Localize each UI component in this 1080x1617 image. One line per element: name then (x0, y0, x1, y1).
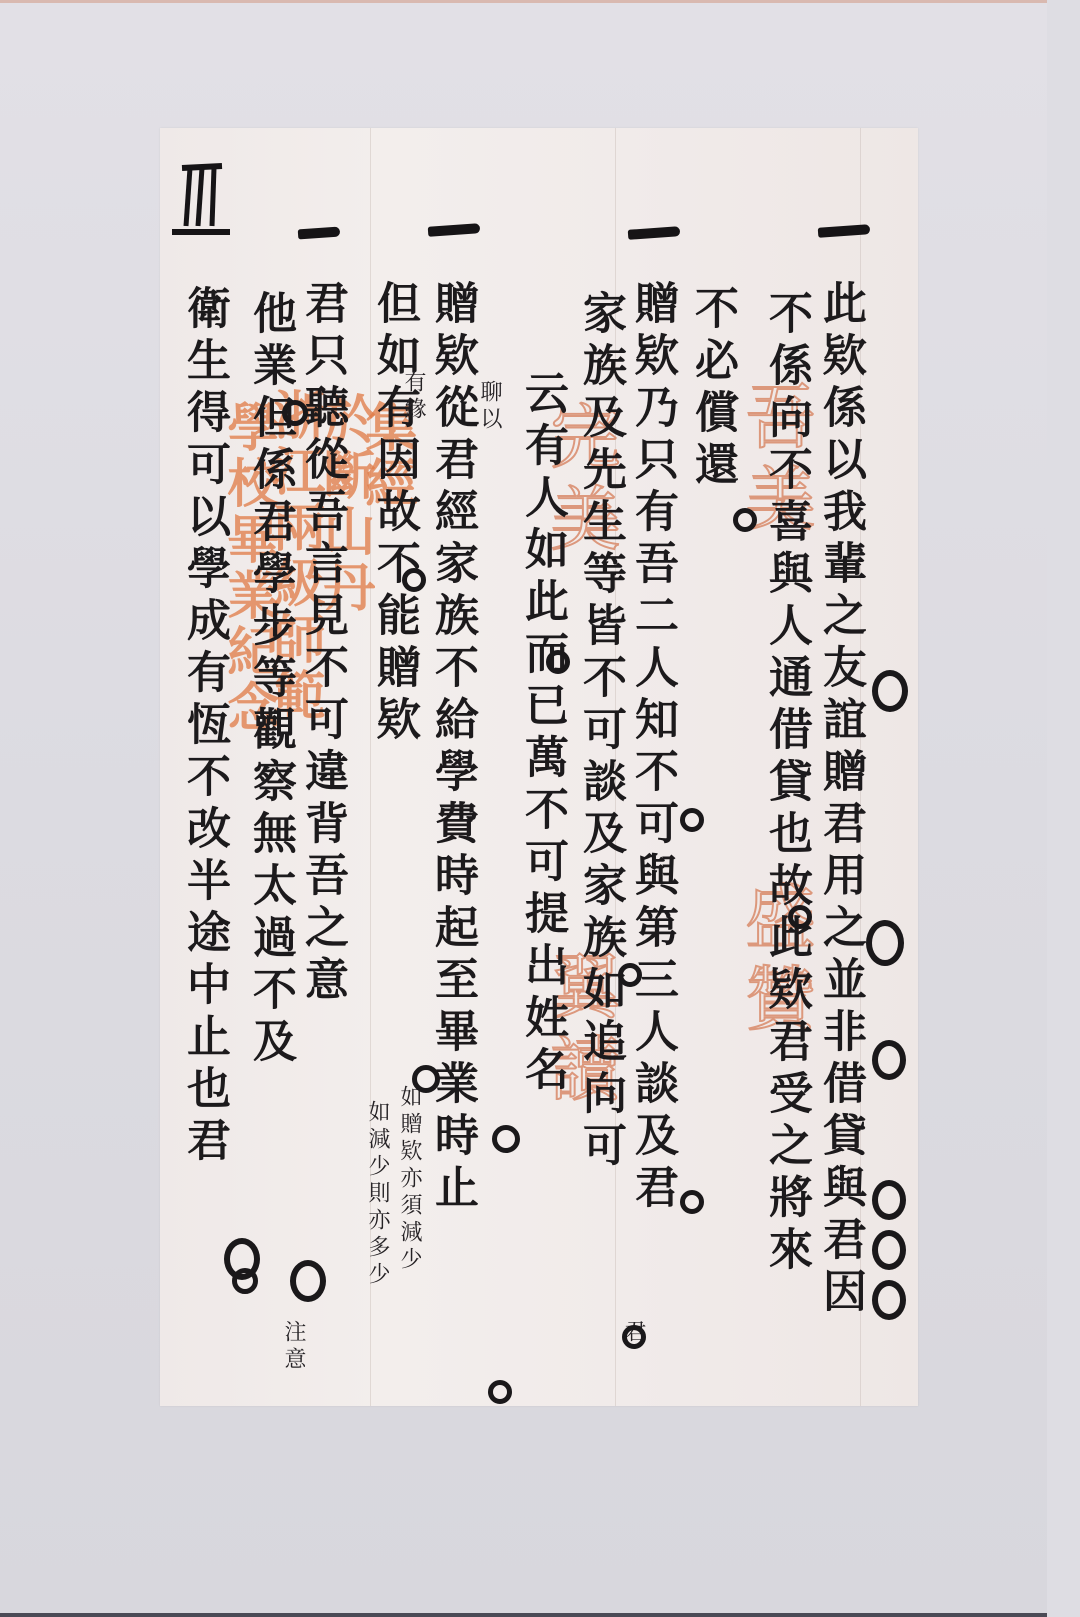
text-column: 云有人如此而已萬不可提出姓名 (520, 370, 564, 1098)
top-edge (0, 0, 1047, 3)
margin-annotation: 注意 (282, 1320, 304, 1374)
punctuation-circle (402, 568, 426, 592)
ink-loop (872, 1230, 906, 1270)
margin-annotation: 有緣 (402, 370, 424, 424)
punctuation-circle (546, 650, 570, 674)
text-column: 贈欵乃只有吾二人知不可與第三人談及君 (630, 280, 674, 1216)
punctuation-circle (680, 808, 704, 832)
ink-loop (872, 1280, 906, 1320)
text-column: 君只聽從吾言見不可違背吾之意 (300, 280, 344, 1008)
ink-loop (872, 1180, 906, 1220)
punctuation-circle (488, 1380, 512, 1404)
margin-annotation: 如贈欵亦須減少 (398, 1085, 420, 1274)
ink-loop (290, 1260, 326, 1302)
punctuation-circle (622, 1325, 646, 1349)
text-column: 此欵係以我輩之友誼贈君用之並非借貸與君因 (818, 280, 862, 1320)
punctuation-circle (412, 1065, 440, 1093)
text-column: 家族及先生等皆不可談及家族如追向可 (578, 290, 622, 1174)
text-column: 不必償還 (690, 285, 734, 493)
punctuation-circle (788, 905, 812, 929)
ink-loop (866, 920, 904, 966)
punctuation-circle (618, 963, 642, 987)
margin-annotation: 如減少則亦多少 (366, 1100, 388, 1289)
bottom-edge (0, 1613, 1047, 1617)
punctuation-circle (492, 1125, 520, 1153)
section-numeral-icon (170, 160, 230, 240)
margin-annotation: 聊以 (478, 380, 500, 434)
mount-background: 吾美 盛贊 完美 翼讀 集經 於斷山丹 浙江兩級師範 學校畢業紀念 此欵係以我輩… (0, 0, 1047, 1617)
text-column: 但如有因故不能贈欵 (372, 280, 416, 748)
text-column: 不係向不喜與人通借貸也故此欵君受之將來 (764, 290, 808, 1278)
text-column: 衛生得可以學成有恆不改半途中止也君 (182, 285, 226, 1169)
ink-loop (224, 1238, 260, 1280)
ink-loop (872, 1040, 906, 1080)
punctuation-circle (680, 1190, 704, 1214)
ink-loop (872, 670, 908, 712)
punctuation-circle (282, 400, 308, 426)
punctuation-circle (733, 508, 757, 532)
